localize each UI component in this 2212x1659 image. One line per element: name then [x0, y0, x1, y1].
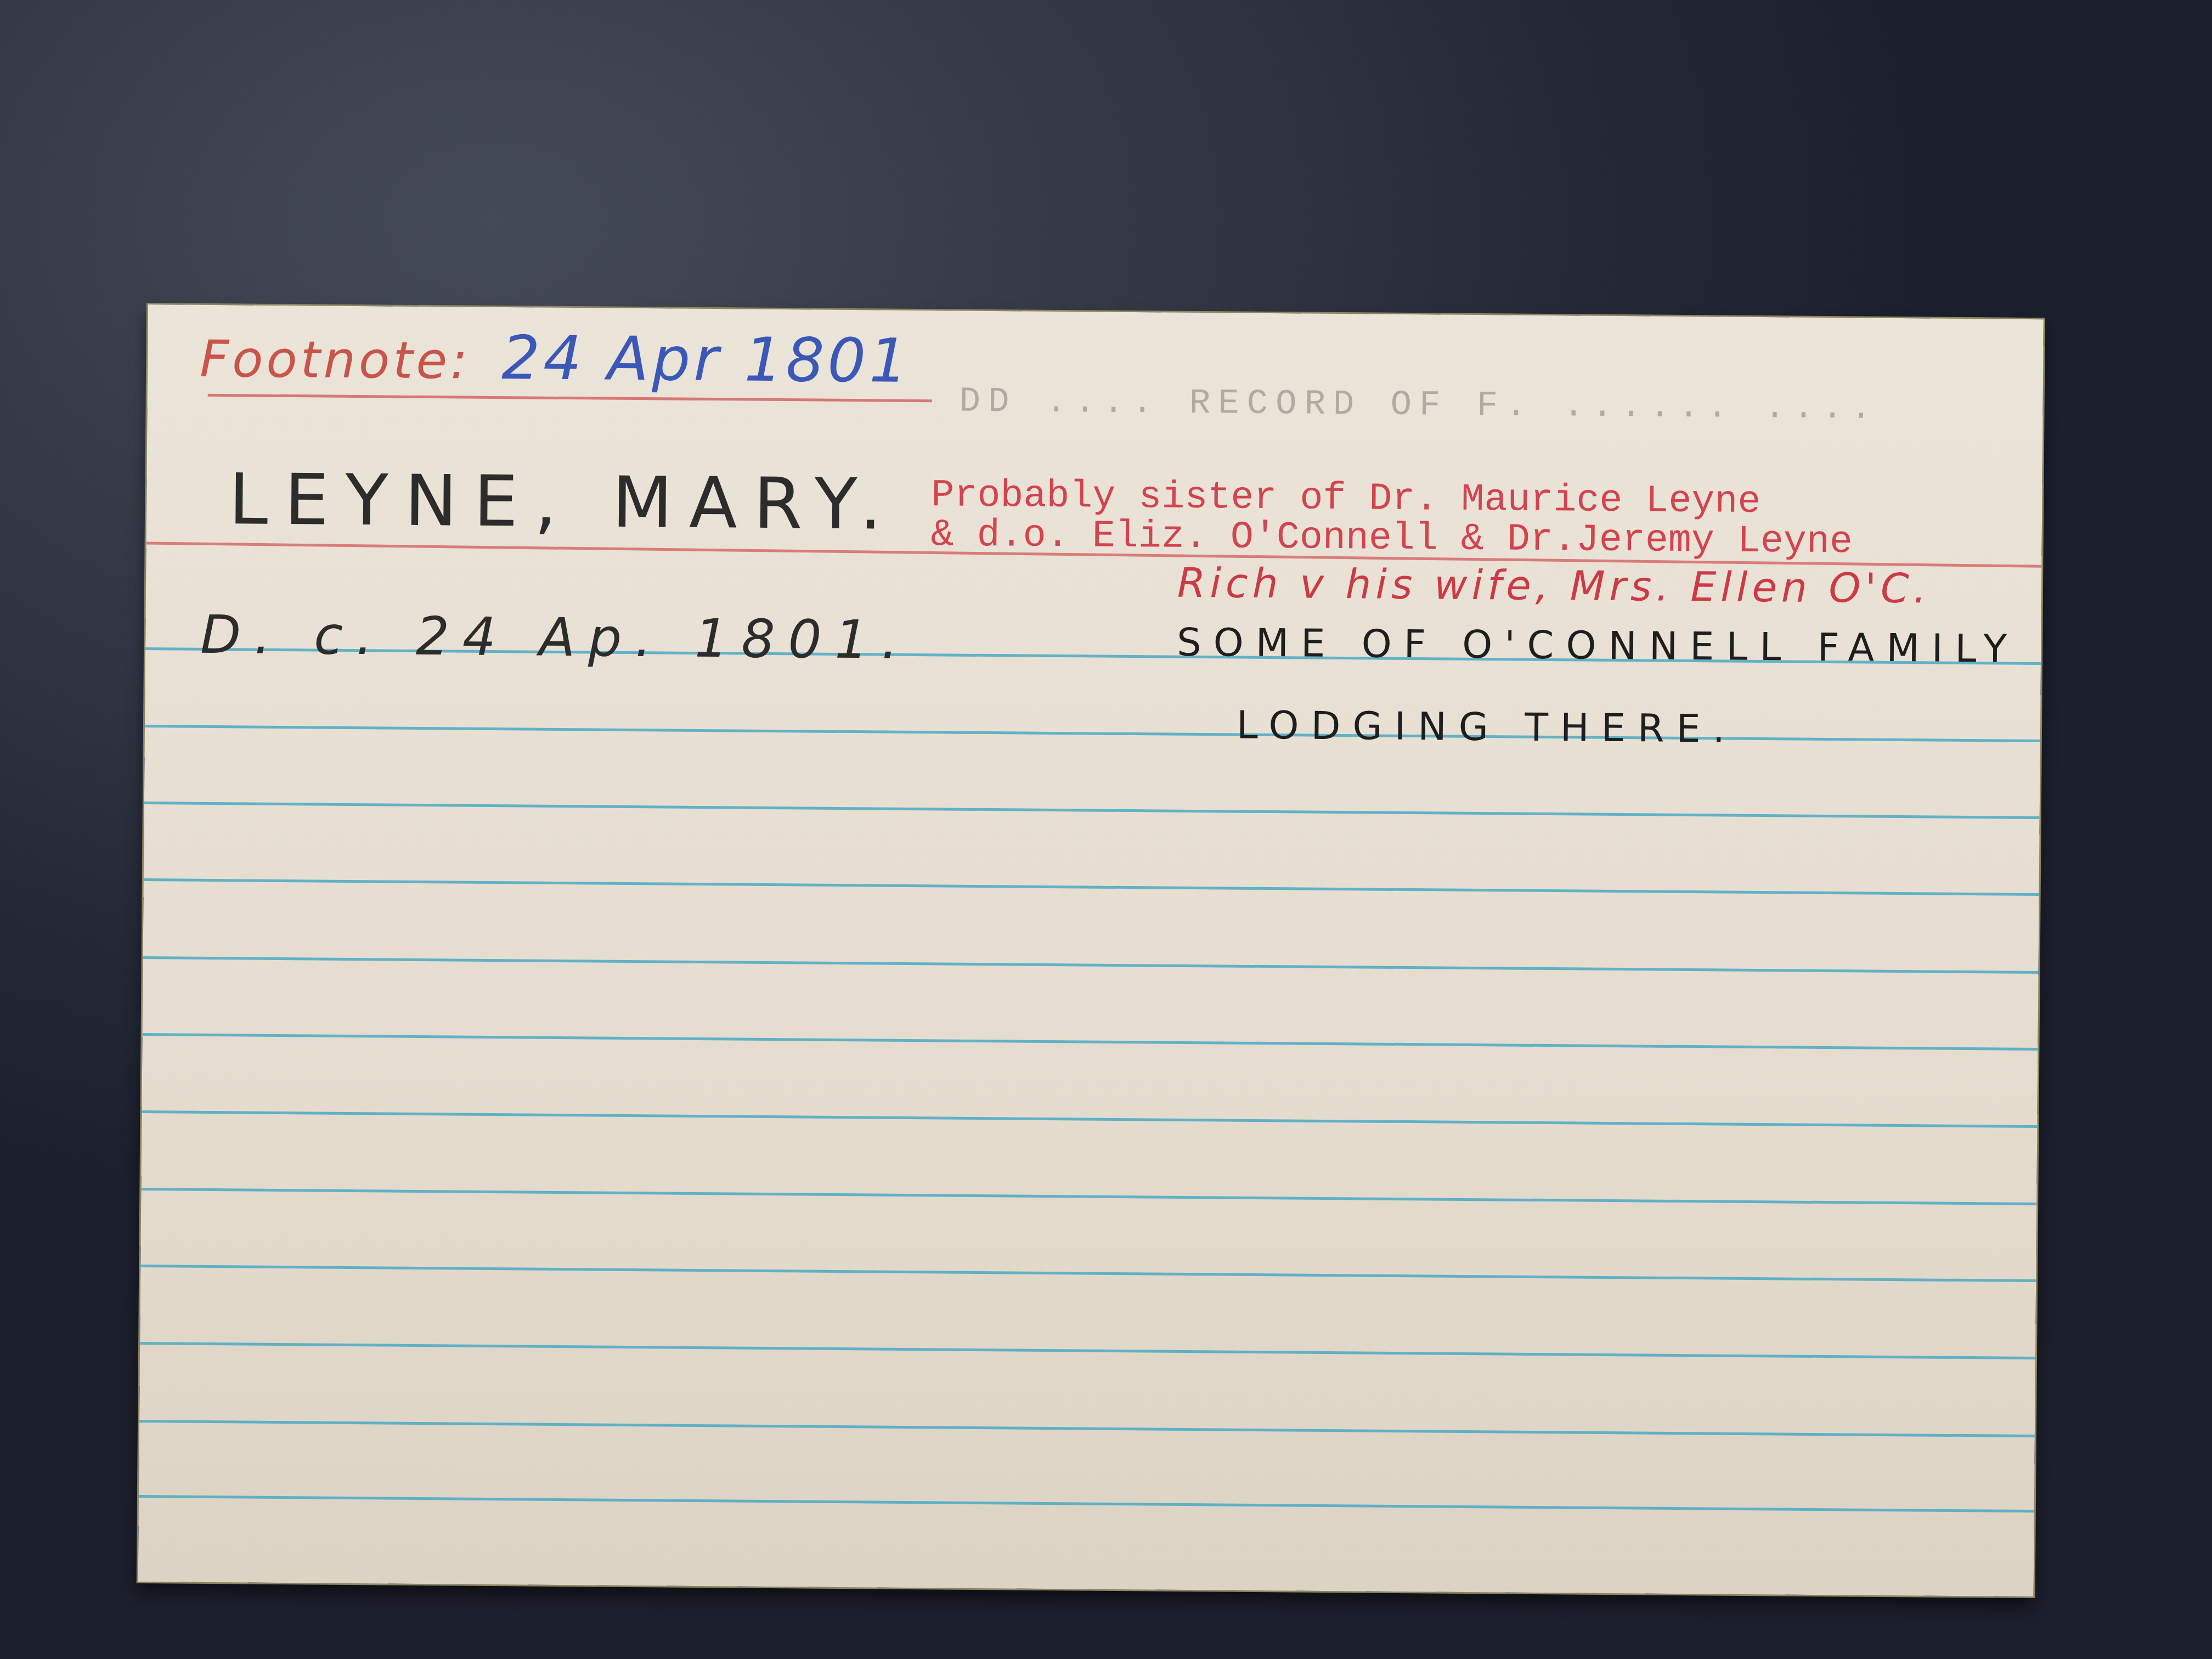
- blue-rule: [139, 1495, 2034, 1513]
- red-handwritten-note: Rich v his wife, Mrs. Ellen O'C.: [1177, 560, 1931, 613]
- handwritten-note-line-1: SOME OF O'CONNELL FAMILY: [1177, 620, 2019, 672]
- footnote-date: 24 Apr 1801: [501, 323, 911, 396]
- blue-rule: [144, 878, 2039, 896]
- blue-rule: [140, 1265, 2036, 1282]
- blue-rule: [139, 1420, 2035, 1437]
- death-date-line: D. c. 24 Ap. 1801.: [200, 604, 912, 671]
- person-name: LEYNE, MARY.: [229, 459, 899, 546]
- blue-rule: [140, 1342, 2035, 1359]
- typed-note-line-2: & d.o. Eliz. O'Connell & Dr.Jeremy Leyne: [930, 515, 1853, 563]
- index-card: Footnote: 24 Apr 1801 DD .... RECORD OF …: [138, 304, 2044, 1596]
- faded-typed-header: DD .... RECORD OF F. ...... ....: [959, 382, 1880, 429]
- blue-rule: [143, 956, 2039, 974]
- handwritten-note-line-2: LODGING THERE.: [1237, 703, 1737, 752]
- blue-rule: [142, 1110, 2037, 1128]
- blue-rule: [141, 1188, 2036, 1205]
- blue-rule: [143, 1033, 2038, 1051]
- footnote-label: Footnote:: [200, 330, 471, 391]
- blue-rule: [145, 725, 2040, 742]
- blue-rule: [144, 802, 2040, 819]
